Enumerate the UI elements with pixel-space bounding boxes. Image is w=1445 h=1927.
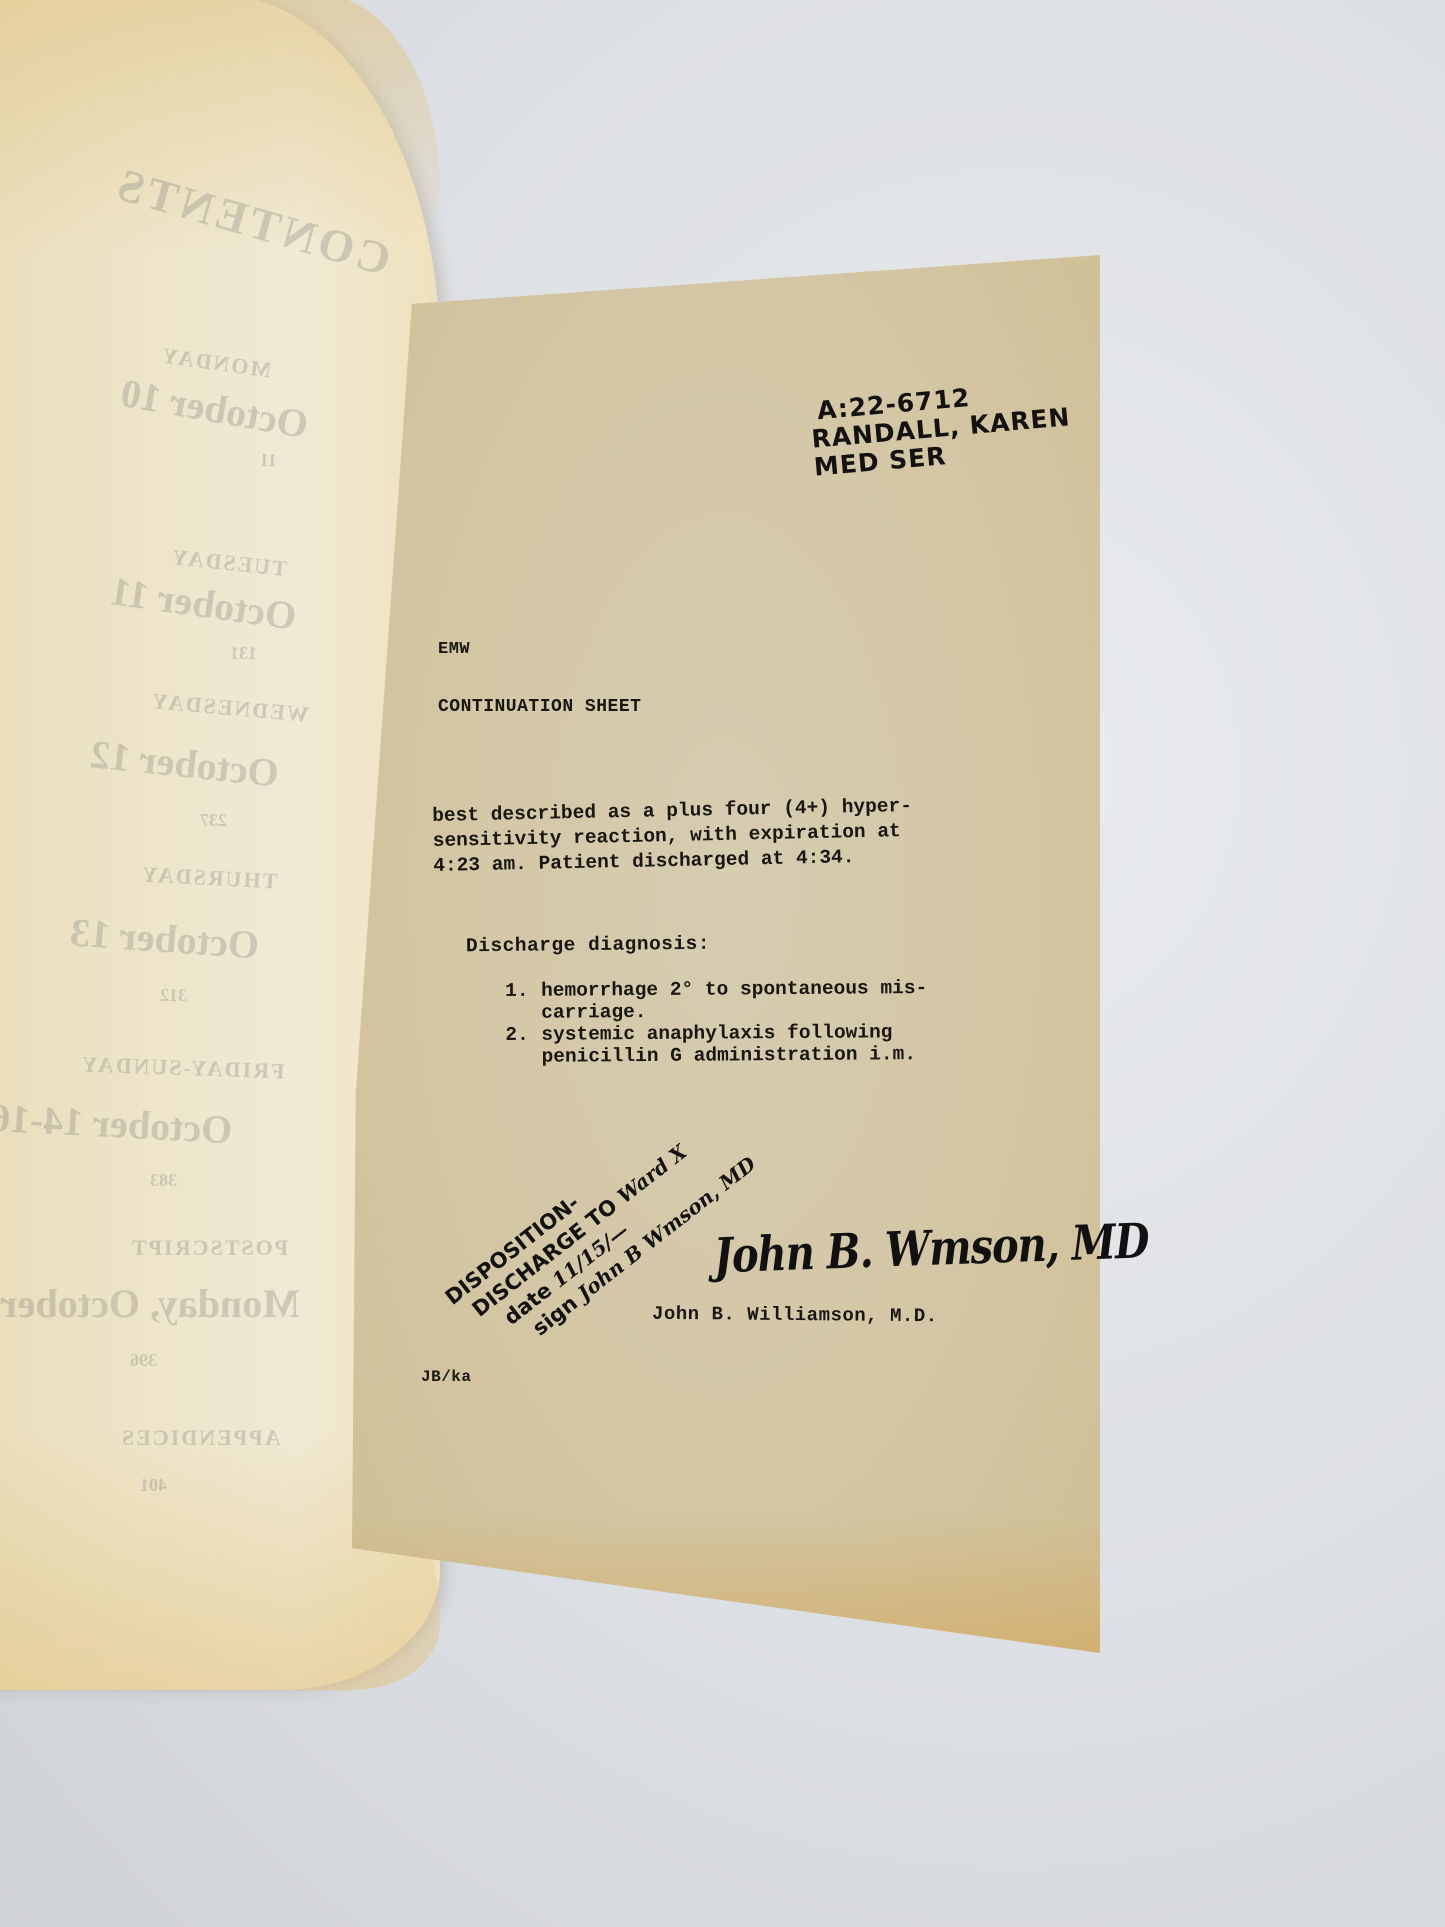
typist-reference: JB/ka bbox=[421, 1368, 472, 1386]
bleed-entry-page: 131 bbox=[230, 643, 257, 664]
bleed-entry-page: 383 bbox=[150, 1170, 177, 1191]
typist-initials-header: EMW bbox=[438, 640, 470, 659]
bleed-entry-day: FRIDAY-SUNDAY bbox=[80, 1051, 285, 1084]
diagnosis-line: hemorrhage 2° to spontaneous mis- bbox=[541, 977, 927, 1002]
bleed-entry-page: 11 bbox=[260, 450, 277, 471]
diagnosis-line: carriage. bbox=[541, 999, 927, 1024]
bleed-entry-page: 396 bbox=[130, 1350, 157, 1371]
diagnosis-line: systemic anaphylaxis following bbox=[541, 1021, 916, 1046]
diagnosis-item: 2. systemic anaphylaxis following penici… bbox=[505, 1021, 927, 1068]
bleed-entry-day: APPENDICES bbox=[120, 1425, 281, 1451]
diagnosis-item: 1. hemorrhage 2° to spontaneous mis- car… bbox=[505, 977, 927, 1024]
signer-name: John B. Williamson, M.D. bbox=[652, 1303, 938, 1327]
bleed-entry-date: October 13 bbox=[69, 908, 261, 968]
bleed-entry-day: THURSDAY bbox=[139, 861, 278, 894]
bleed-entry-date: October 14-16 bbox=[0, 1094, 234, 1154]
bleed-entry-page: 237 bbox=[200, 810, 227, 831]
body-paragraph: best described as a plus four (4+) hyper… bbox=[432, 794, 913, 879]
bleed-entry-date: October 10 bbox=[117, 369, 312, 448]
bleed-entry-date: October 12 bbox=[88, 730, 281, 797]
diagnosis-line: penicillin G administration i.m. bbox=[541, 1043, 916, 1068]
bleed-entry-date: Monday, October bbox=[0, 1280, 300, 1327]
bleed-entry-day: POSTSCRIPT bbox=[130, 1235, 288, 1261]
sheet-title: CONTINUATION SHEET bbox=[438, 697, 641, 717]
bleed-entry-day: TUESDAY bbox=[169, 544, 288, 582]
diagnosis-number: 1. bbox=[505, 980, 541, 1024]
bleed-entry-day: WEDNESDAY bbox=[149, 688, 310, 728]
diagnosis-list: 1. hemorrhage 2° to spontaneous mis- car… bbox=[505, 977, 928, 1068]
diagnosis-heading: Discharge diagnosis: bbox=[466, 933, 710, 958]
bleed-entry-page: 401 bbox=[140, 1475, 167, 1496]
page-edge-shading bbox=[352, 1513, 1100, 1653]
diagnosis-number: 2. bbox=[505, 1024, 541, 1068]
bleed-entry-page: 312 bbox=[160, 985, 187, 1006]
